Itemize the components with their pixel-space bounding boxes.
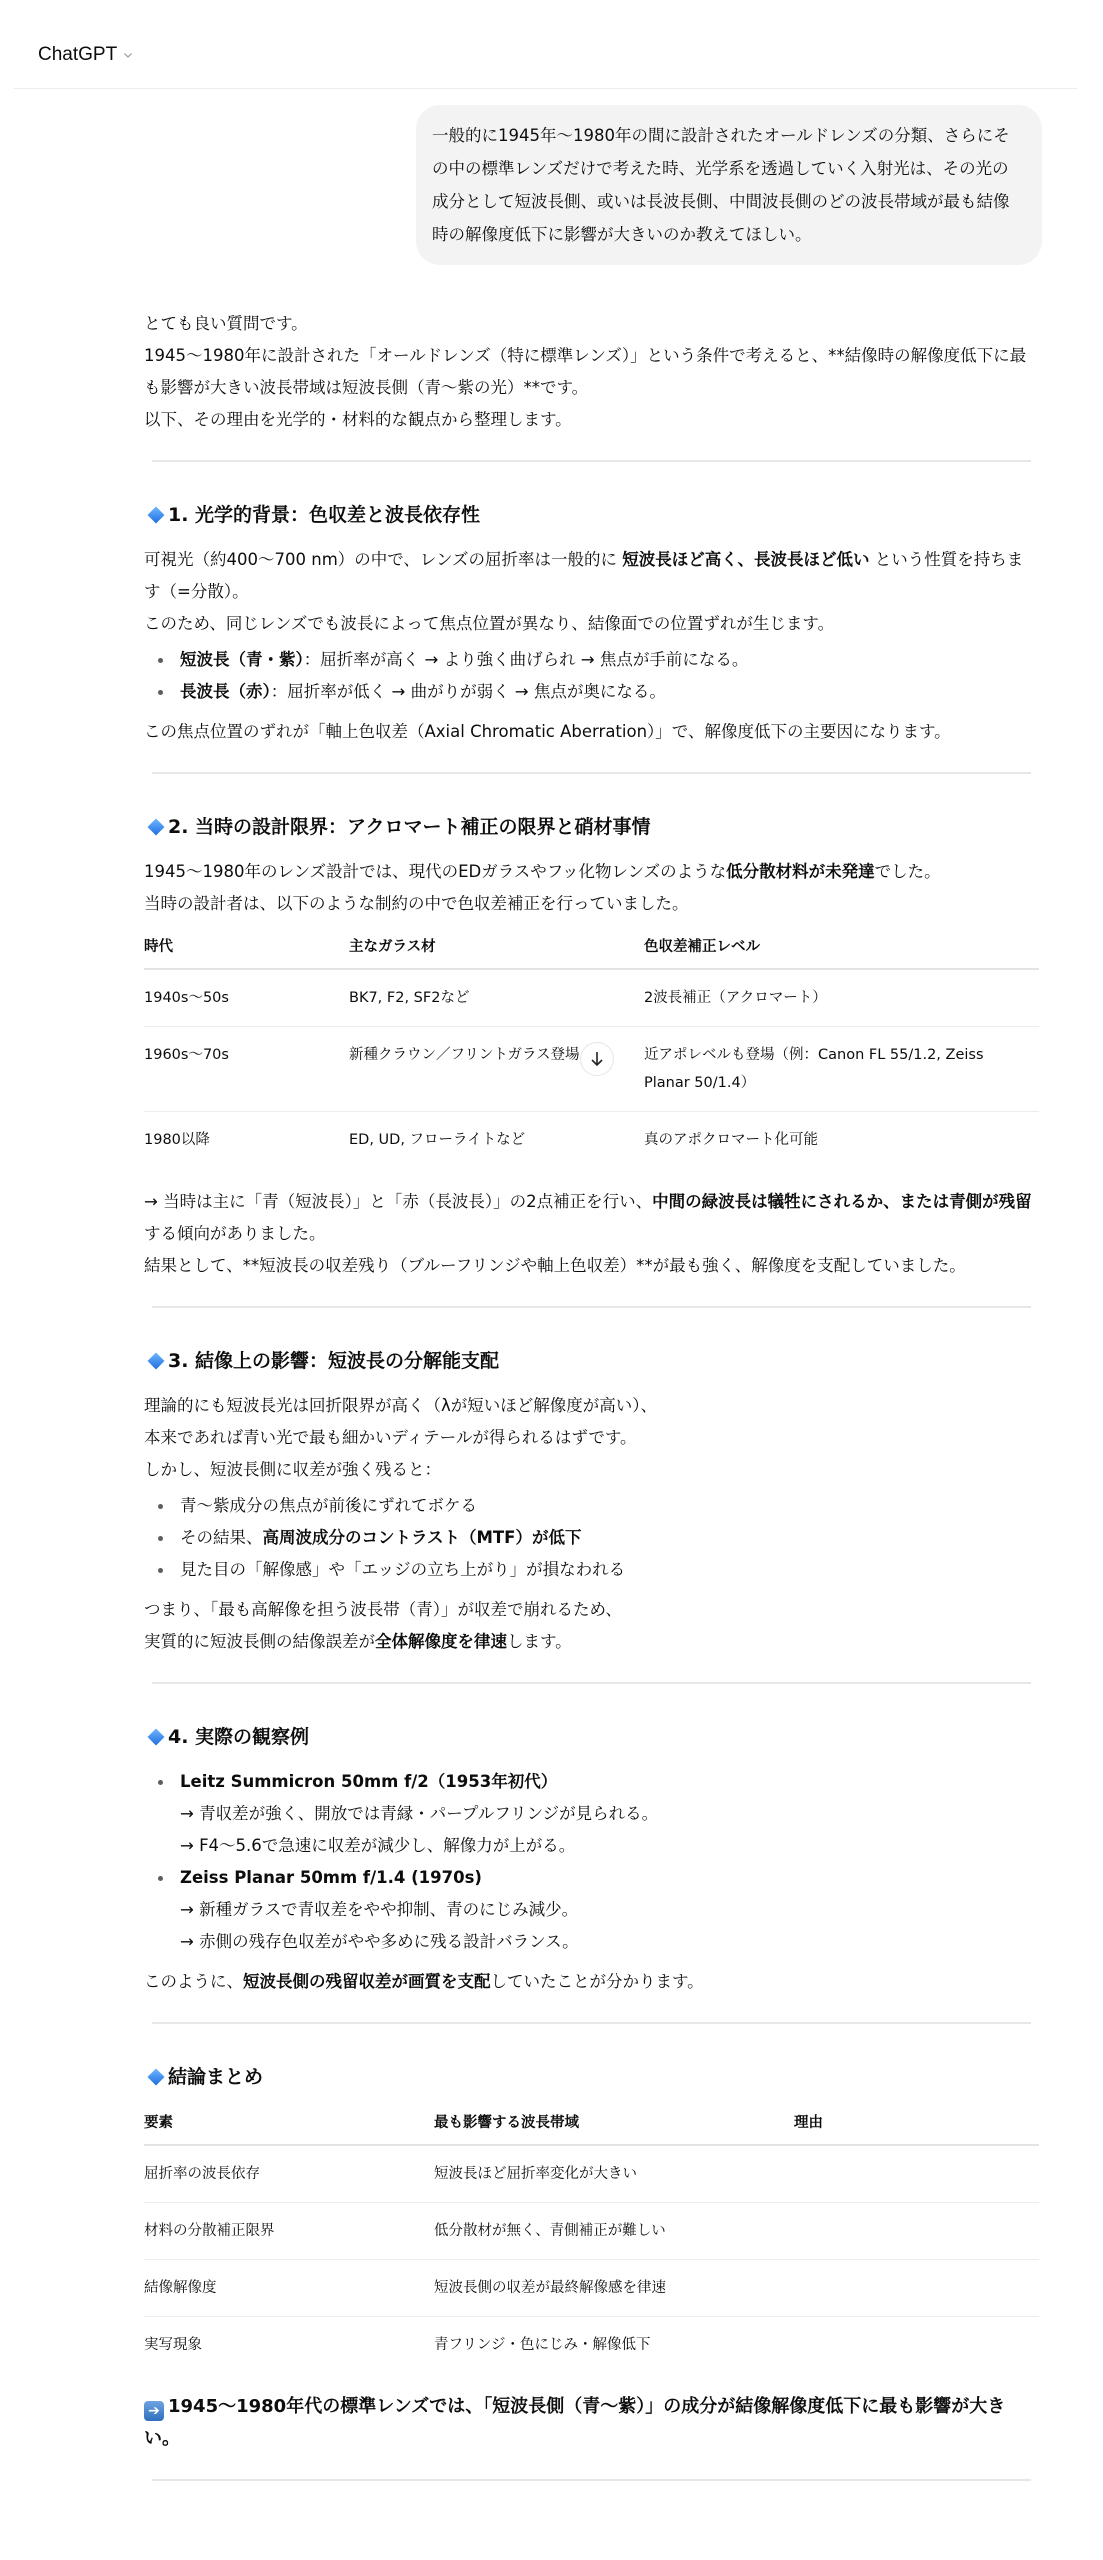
list-item: 長波長（赤）：屈折率が低く → 曲がりが弱く → 焦点が奥になる。 <box>180 676 1039 708</box>
section-3-para-1: 理論的にも短波長光は回折限界が高く（λが短いほど解像度が高い）、 <box>144 1390 1039 1422</box>
list-item: 見た目の「解像感」や「エッジの立ち上がり」が損なわれる <box>180 1554 1039 1586</box>
table-row: 結像解像度 短波長側の収差が最終解像感を律速 <box>144 2260 1039 2317</box>
blue-diamond-icon <box>148 507 165 524</box>
section-1-para-1: 可視光（約400〜700 nm）の中で、レンズの屈折率は一般的に 短波長ほど高く… <box>144 544 1039 608</box>
list-item: 短波長（青・紫）：屈折率が高く → より強く曲げられ → 焦点が手前になる。 <box>180 644 1039 676</box>
final-conclusion: ➔1945〜1980年代の標準レンズでは、「短波長側（青〜紫）」の成分が結像解像… <box>144 2391 1039 2455</box>
section-3-para-2: 本来であれば青い光で最も細かいディテールが得られるはずです。 <box>144 1422 1039 1454</box>
chevron-down-icon <box>123 50 133 60</box>
section-3-para-5: 実質的に短波長側の結像誤差が全体解像度を律速します。 <box>144 1626 1039 1658</box>
model-switcher[interactable]: ChatGPT <box>38 44 133 66</box>
summary-heading: 結論まとめ <box>144 2062 1039 2092</box>
section-4-bullets: Leitz Summicron 50mm f/2（1953年初代） → 青収差が… <box>144 1766 1039 1958</box>
section-2-para-3: → 当時は主に「青（短波長）」と「赤（長波長）」の2点補正を行い、中間の緑波長は… <box>144 1186 1039 1250</box>
section-2-para-4: 結果として、**短波長の収差残り（ブルーフリンジや軸上色収差）**が最も強く、解… <box>144 1250 1039 1282</box>
divider <box>152 1682 1031 1684</box>
blue-diamond-icon <box>148 1353 165 1370</box>
right-arrow-icon: ➔ <box>144 2401 164 2421</box>
list-item: Leitz Summicron 50mm f/2（1953年初代） → 青収差が… <box>180 1766 1039 1862</box>
intro-line-1: とても良い質問です。 <box>144 308 1039 340</box>
user-message-bubble: 一般的に1945年〜1980年の間に設計されたオールドレンズの分類、さらにその中… <box>416 105 1042 265</box>
section-1-para-3: この焦点位置のずれが「軸上色収差（Axial Chromatic Aberrat… <box>144 716 1039 748</box>
divider <box>152 772 1031 774</box>
table-row: 1980以降 ED, UD, フローライトなど 真のアポクロマート化可能 <box>144 1112 1039 1169</box>
blue-diamond-icon <box>148 1729 165 1746</box>
intro-line-2: 1945〜1980年に設計された「オールドレンズ（特に標準レンズ）」という条件で… <box>144 340 1039 404</box>
section-4-para: このように、短波長側の残留収差が画質を支配していたことが分かります。 <box>144 1966 1039 1998</box>
section-2-heading: 2. 当時の設計限界：アクロマート補正の限界と硝材事情 <box>144 812 1039 842</box>
blue-diamond-icon <box>148 819 165 836</box>
section-1-para-2: このため、同じレンズでも波長によって焦点位置が異なり、結像面での位置ずれが生じま… <box>144 608 1039 640</box>
table-row: 1940s〜50s BK7, F2, SF2など 2波長補正（アクロマート） <box>144 969 1039 1027</box>
section-3-heading: 3. 結像上の影響：短波長の分解能支配 <box>144 1346 1039 1376</box>
arrow-down-icon <box>590 1051 604 1067</box>
intro-line-3: 以下、その理由を光学的・材料的な観点から整理します。 <box>144 404 1039 436</box>
section-1-heading: 1. 光学的背景：色収差と波長依存性 <box>144 500 1039 530</box>
divider <box>152 2479 1031 2481</box>
list-item: その結果、高周波成分のコントラスト（MTF）が低下 <box>180 1522 1039 1554</box>
divider <box>152 1306 1031 1308</box>
blue-diamond-icon <box>148 2069 165 2086</box>
section-3-bullets: 青〜紫成分の焦点が前後にずれてボケる その結果、高周波成分のコントラスト（MTF… <box>144 1490 1039 1586</box>
table-row: 材料の分散補正限界 低分散材が無く、青側補正が難しい <box>144 2203 1039 2260</box>
summary-table: 要素 最も影響する波長帯域 理由 屈折率の波長依存 短波長ほど屈折率変化が大きい… <box>144 2106 1039 2373</box>
scroll-to-bottom-button[interactable] <box>580 1042 614 1076</box>
user-message-row: 一般的に1945年〜1980年の間に設計されたオールドレンズの分類、さらにその中… <box>0 89 1103 289</box>
section-3-para-3: しかし、短波長側に収差が強く残ると： <box>144 1454 1039 1486</box>
list-item: 青〜紫成分の焦点が前後にずれてボケる <box>180 1490 1039 1522</box>
table-row: 屈折率の波長依存 短波長ほど屈折率変化が大きい <box>144 2145 1039 2203</box>
section-4-heading: 4. 実際の観察例 <box>144 1722 1039 1752</box>
top-bar: ChatGPT <box>14 0 1077 89</box>
section-2-para-2: 当時の設計者は、以下のような制約の中で色収差補正を行っていました。 <box>144 888 1039 920</box>
list-item: Zeiss Planar 50mm f/1.4 (1970s) → 新種ガラスで… <box>180 1862 1039 1958</box>
table-row: 実写現象 青フリンジ・色にじみ・解像低下 <box>144 2317 1039 2374</box>
model-name: ChatGPT <box>38 44 117 66</box>
section-3-para-4: つまり、「最も高解像を担う波長帯（青）」が収差で崩れるため、 <box>144 1594 1039 1626</box>
table-header-row: 時代 主なガラス材 色収差補正レベル <box>144 930 1039 969</box>
divider <box>152 460 1031 462</box>
assistant-message: とても良い質問です。 1945〜1980年に設計された「オールドレンズ（特に標準… <box>144 308 1039 2505</box>
table-header-row: 要素 最も影響する波長帯域 理由 <box>144 2106 1039 2145</box>
section-2-para-1: 1945〜1980年のレンズ設計では、現代のEDガラスやフッ化物レンズのような低… <box>144 856 1039 888</box>
section-1-bullets: 短波長（青・紫）：屈折率が高く → より強く曲げられ → 焦点が手前になる。 長… <box>144 644 1039 708</box>
divider <box>152 2022 1031 2024</box>
